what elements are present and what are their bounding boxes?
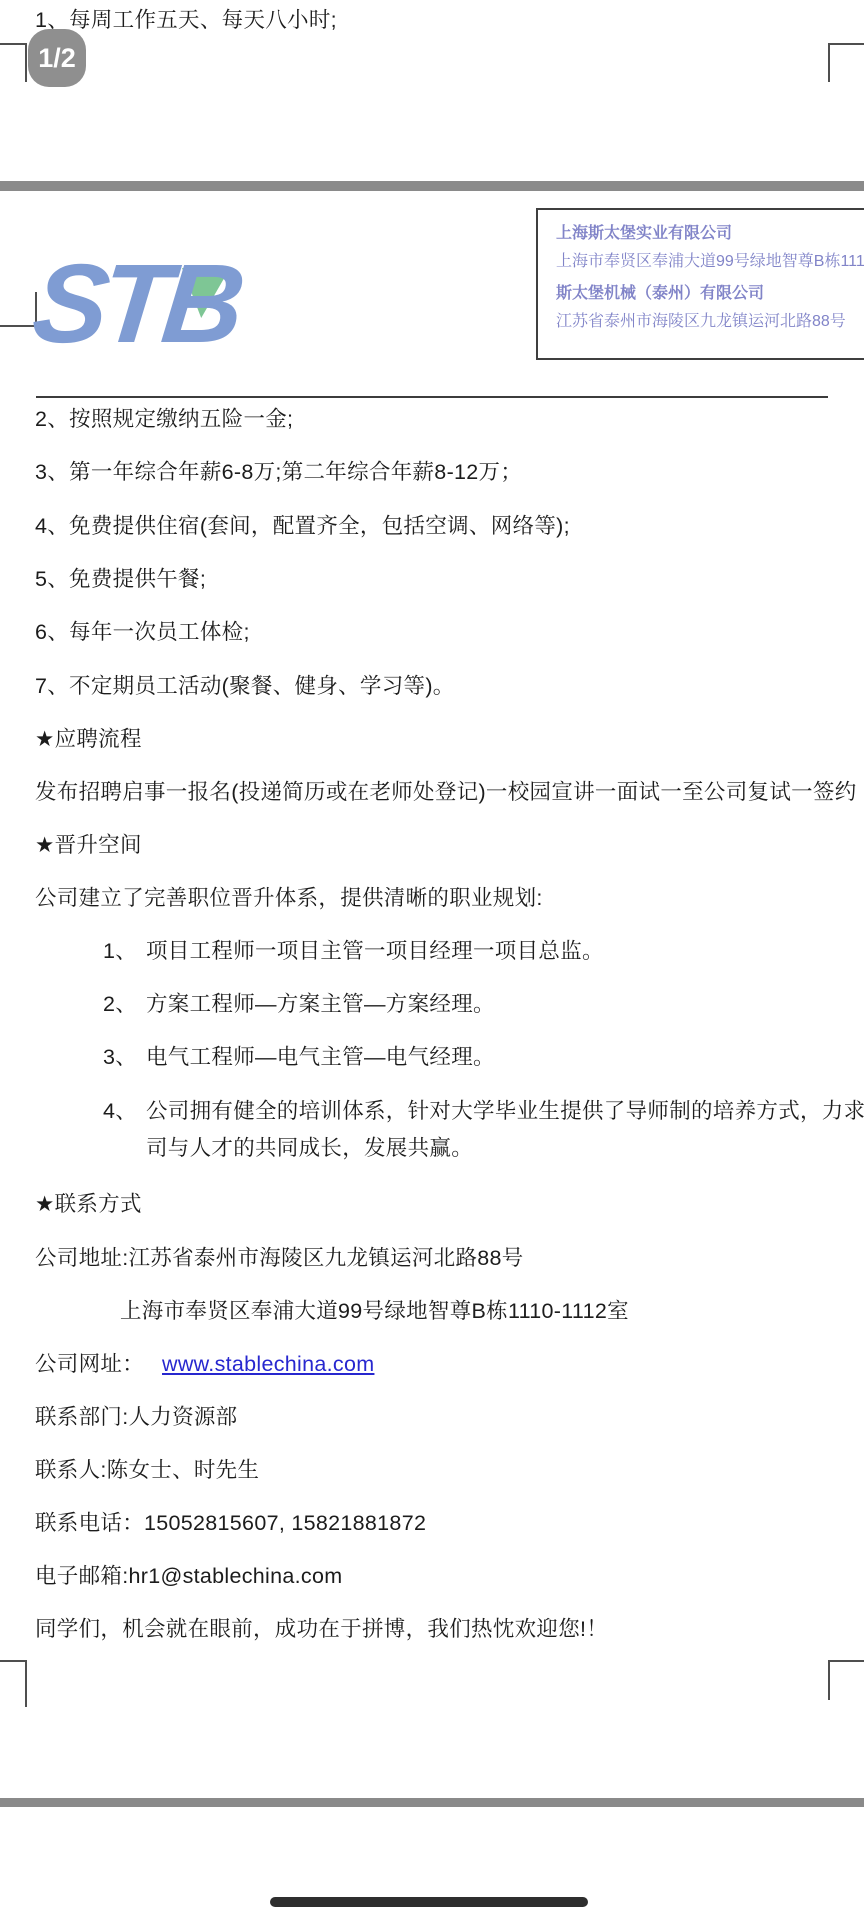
company1-name: 上海斯太堡实业有限公司	[556, 220, 864, 248]
page-separator-top	[0, 181, 864, 191]
page-number-badge: 1/2	[28, 29, 86, 87]
benefit-item-4: 4、免费提供住宿(套间，配置齐全，包括空调、网络等);	[35, 511, 570, 541]
company-address-box: 上海斯太堡实业有限公司 上海市奉贤区奉浦大道99号绿地智尊B栋1110-1112…	[536, 208, 864, 360]
page-corner-mark-top-left	[0, 43, 27, 82]
promotion-item-number: 1、	[103, 936, 137, 966]
benefit-item-6: 6、每年一次员工体检;	[35, 617, 250, 647]
contact-email: 电子邮箱:hr1@stablechina.com	[35, 1561, 342, 1591]
promotion-item-text-wrap: 司与人才的共同成长，发展共赢。	[146, 1133, 473, 1163]
contact-address-1: 公司地址:江苏省泰州市海陵区九龙镇运河北路88号	[35, 1243, 524, 1273]
contact-phone: 联系电话：15052815607, 15821881872	[35, 1508, 426, 1538]
promotion-item-number: 4、	[103, 1096, 137, 1126]
page-separator-bottom	[0, 1798, 864, 1807]
section-heading-recruit-process: ★应聘流程	[35, 724, 142, 754]
page-corner-mark-top-right	[828, 43, 864, 82]
promotion-item-text: 电气工程师—电气主管—电气经理。	[146, 1042, 495, 1072]
contact-department: 联系部门:人力资源部	[35, 1402, 237, 1432]
benefit-item-2: 2、按照规定缴纳五险一金;	[35, 404, 293, 434]
page-corner-mark-bottom-left	[0, 1660, 27, 1707]
document-viewer[interactable]: 1、每周工作五天、每天八小时; 1/2 STB 上海斯太堡实业有限公司 上海市奉…	[0, 0, 864, 1920]
home-indicator-bar[interactable]	[270, 1897, 588, 1907]
doc-line-worktime: 1、每周工作五天、每天八小时;	[35, 5, 337, 35]
promotion-item-text: 公司拥有健全的培训体系，针对大学毕业生提供了导师制的培养方式，力求追求公	[146, 1096, 864, 1126]
benefit-item-3: 3、第一年综合年薪6-8万;第二年综合年薪8-12万；	[35, 457, 522, 487]
company-logo: STB	[34, 258, 304, 378]
company2-address: 江苏省泰州市海陵区九龙镇运河北路88号	[556, 308, 864, 336]
company2-name: 斯太堡机械（泰州）有限公司	[556, 280, 864, 308]
website-label: 公司网址：	[35, 1352, 144, 1376]
benefit-item-5: 5、免费提供午餐;	[35, 564, 206, 594]
closing-line: 同学们，机会就在眼前，成功在于拼博，我们热忱欢迎您!！	[35, 1614, 608, 1644]
website-link[interactable]: www.stablechina.com	[162, 1352, 374, 1376]
page-corner-mark-bottom-right	[828, 1660, 864, 1700]
recruit-flow-text: 发布招聘启事一报名(投递简历或在老师处登记)一校园宣讲一面试一至公司复试一签约	[35, 777, 857, 807]
contact-address-2: 上海市奉贤区奉浦大道99号绿地智尊B栋1110-1112室	[120, 1296, 629, 1326]
section-heading-contact: ★联系方式	[35, 1189, 142, 1219]
company1-address: 上海市奉贤区奉浦大道99号绿地智尊B栋1110-1112室	[556, 248, 864, 276]
logo-letters: STB	[28, 244, 244, 364]
promotion-intro: 公司建立了完善职位晋升体系，提供清晰的职业规划:	[35, 883, 543, 913]
promotion-item-text: 项目工程师一项目主管一项目经理一项目总监。	[146, 936, 604, 966]
header-divider	[36, 396, 828, 398]
benefit-item-7: 7、不定期员工活动(聚餐、健身、学习等)。	[35, 671, 455, 701]
promotion-item-number: 3、	[103, 1042, 137, 1072]
contact-website-row: 公司网址：www.stablechina.com	[35, 1349, 374, 1379]
section-heading-promotion: ★晋升空间	[35, 830, 142, 860]
promotion-item-number: 2、	[103, 989, 137, 1019]
promotion-item-text: 方案工程师—方案主管—方案经理。	[146, 989, 495, 1019]
contact-person: 联系人:陈女士、时先生	[35, 1455, 259, 1485]
